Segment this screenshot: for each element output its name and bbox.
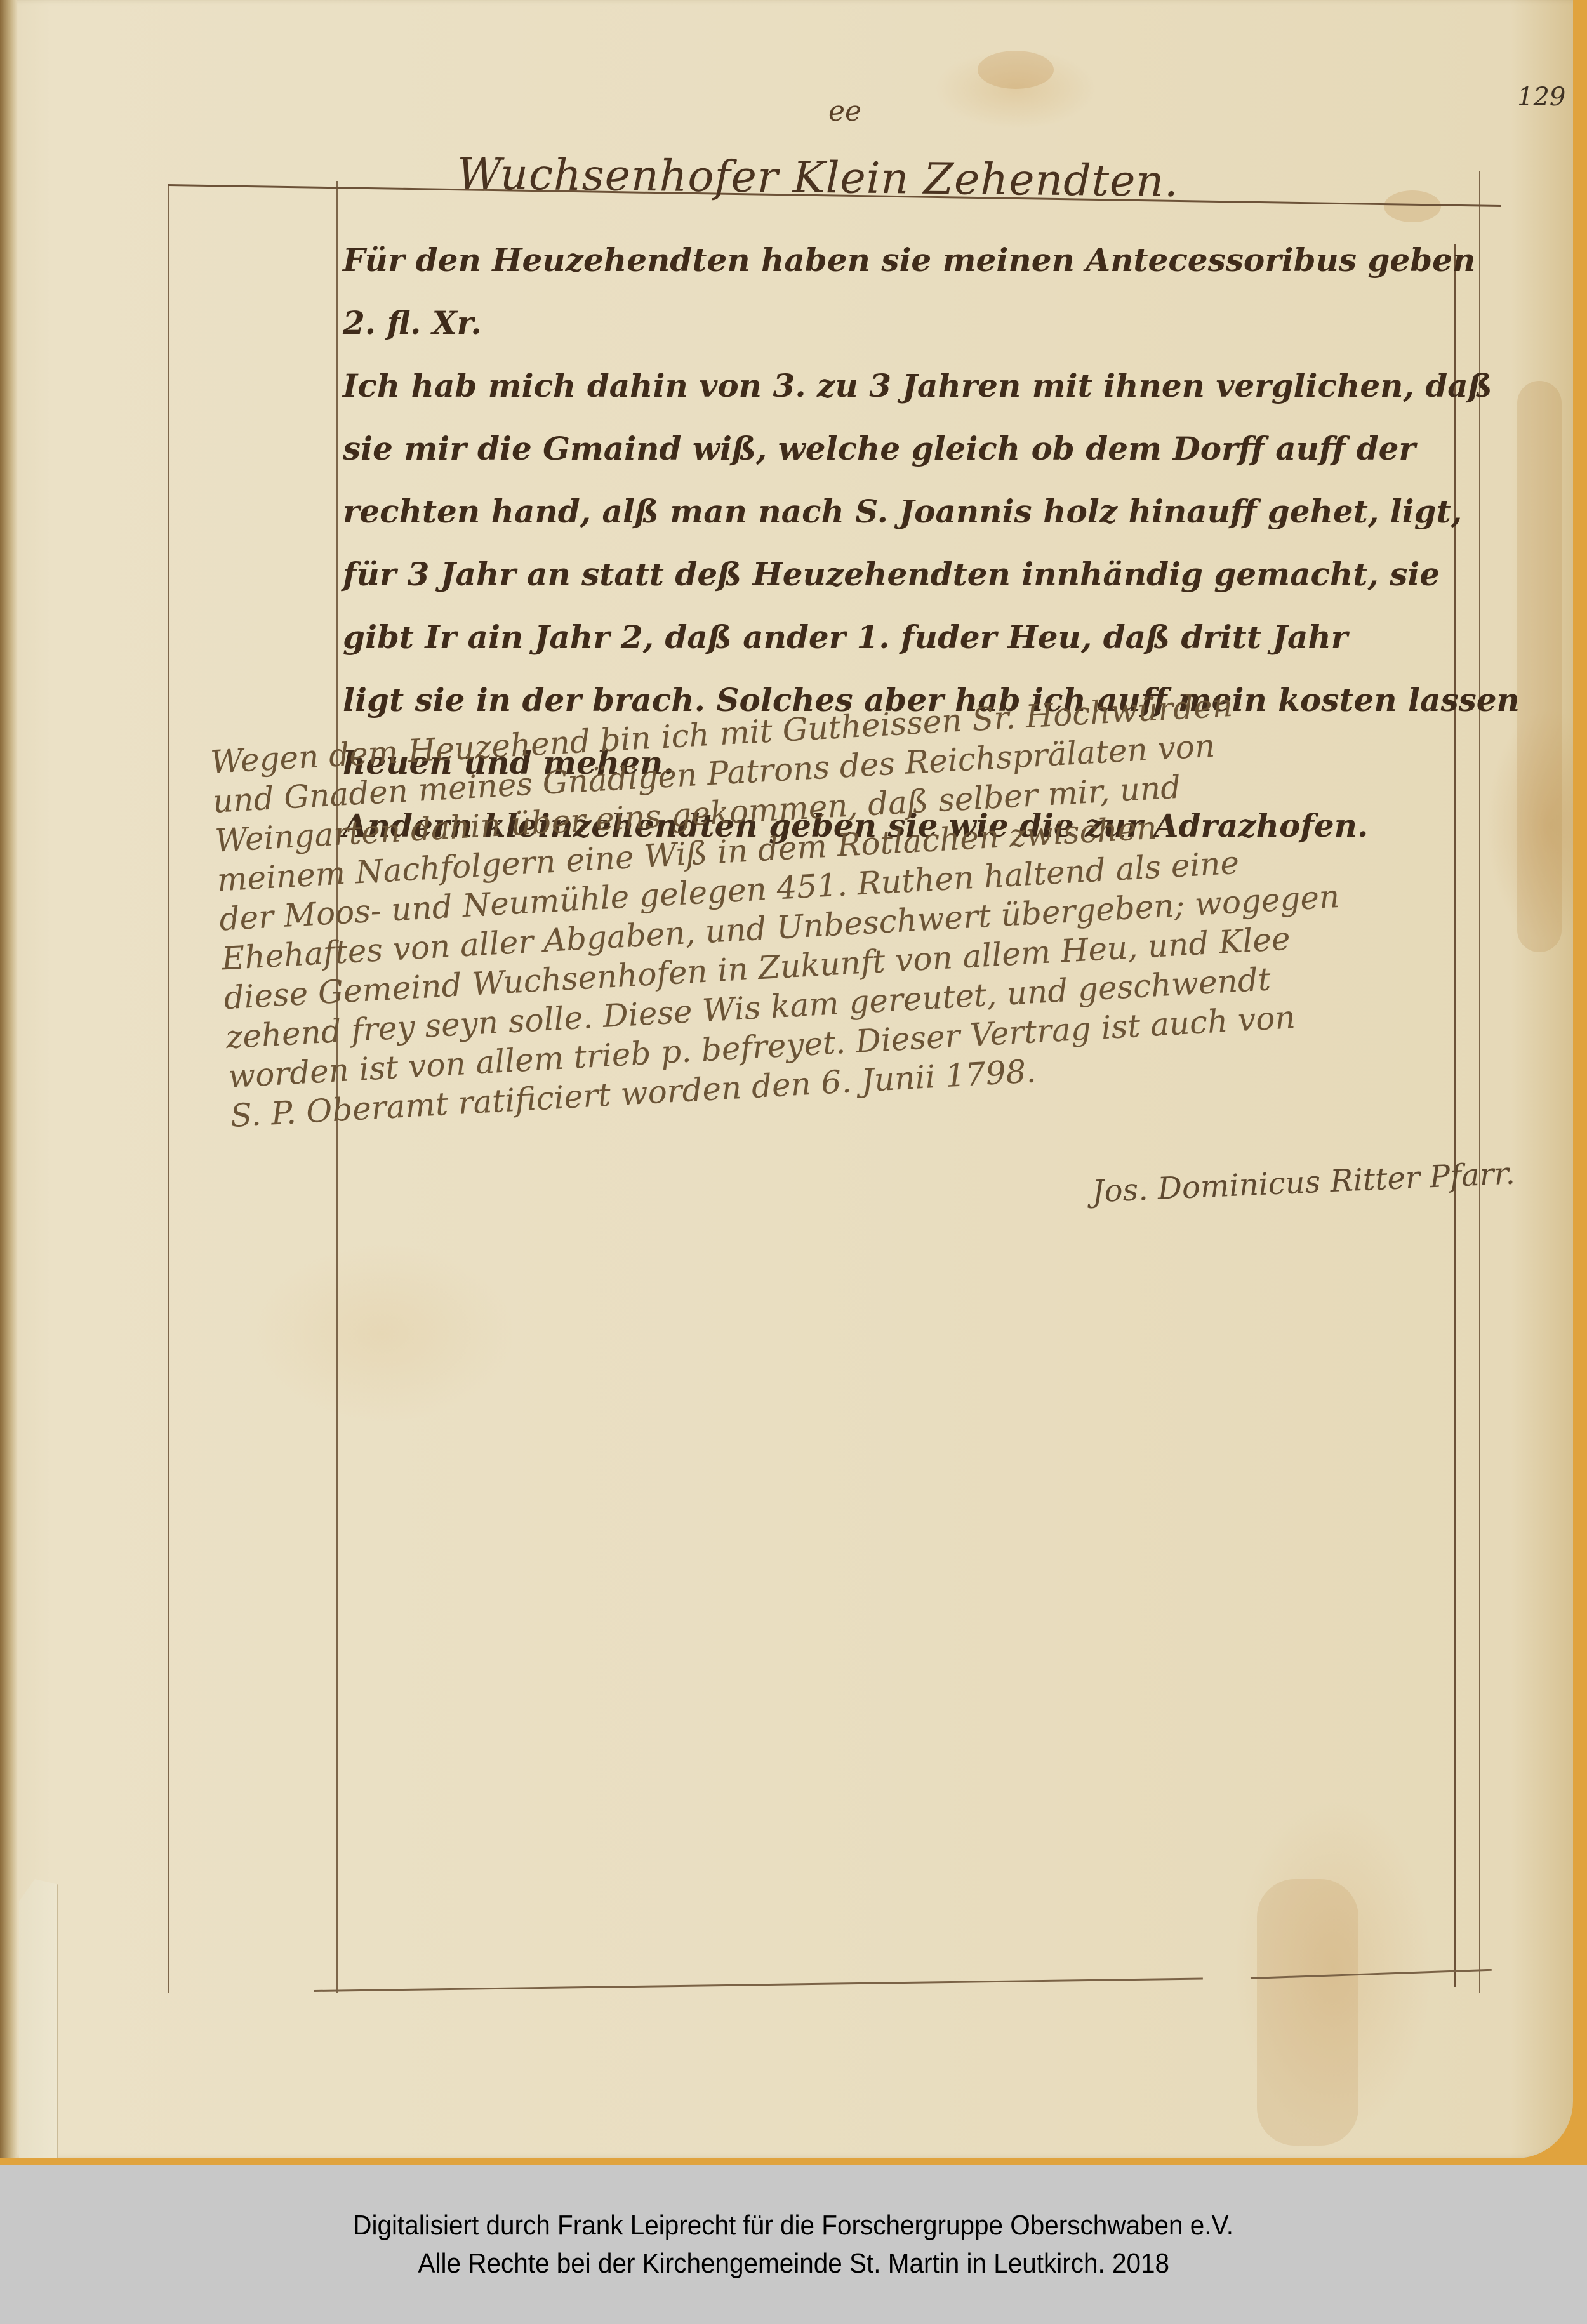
ruled-line-outer-left bbox=[168, 184, 169, 1993]
digitization-caption: Digitalisiert durch Frank Leiprecht für … bbox=[0, 2165, 1587, 2324]
text-line: 2. fl. Xr. bbox=[343, 291, 1447, 354]
page-number: 129 bbox=[1517, 83, 1565, 112]
ruled-line-outer-right bbox=[1479, 171, 1480, 1993]
manuscript-scan: ee 129 Wuchsenhofer Klein Zehendten. Für… bbox=[0, 0, 1587, 2165]
text-line: für 3 Jahr an statt deß Heuzehendten inn… bbox=[343, 543, 1447, 606]
text-line: sie mir die Gmaind wiß, welche gleich ob… bbox=[343, 417, 1447, 480]
text-line: rechten hand, alß man nach S. Joannis ho… bbox=[343, 480, 1447, 543]
text-line: Ich hab mich dahin von 3. zu 3 Jahren mi… bbox=[343, 354, 1447, 417]
later-addendum-text: Wegen dem Heuzehend bin ich mit Gutheiss… bbox=[209, 668, 1556, 1136]
stain bbox=[1257, 1879, 1358, 2146]
caption-line-2: Alle Rechte bei der Kirchengemeinde St. … bbox=[418, 2245, 1169, 2283]
folio-mark: ee bbox=[828, 95, 861, 128]
stain bbox=[1384, 190, 1441, 222]
caption-line-1: Digitalisiert durch Frank Leiprecht für … bbox=[354, 2207, 1234, 2245]
text-line: Für den Heuzehendten haben sie meinen An… bbox=[343, 229, 1447, 291]
page-heading: Wuchsenhofer Klein Zehendten. bbox=[457, 149, 1179, 207]
paper-repair-strip bbox=[19, 1879, 58, 2158]
binding-gutter bbox=[0, 0, 17, 2158]
stain bbox=[978, 51, 1054, 89]
text-line: gibt Ir ain Jahr 2, daß ander 1. fuder H… bbox=[343, 606, 1447, 668]
